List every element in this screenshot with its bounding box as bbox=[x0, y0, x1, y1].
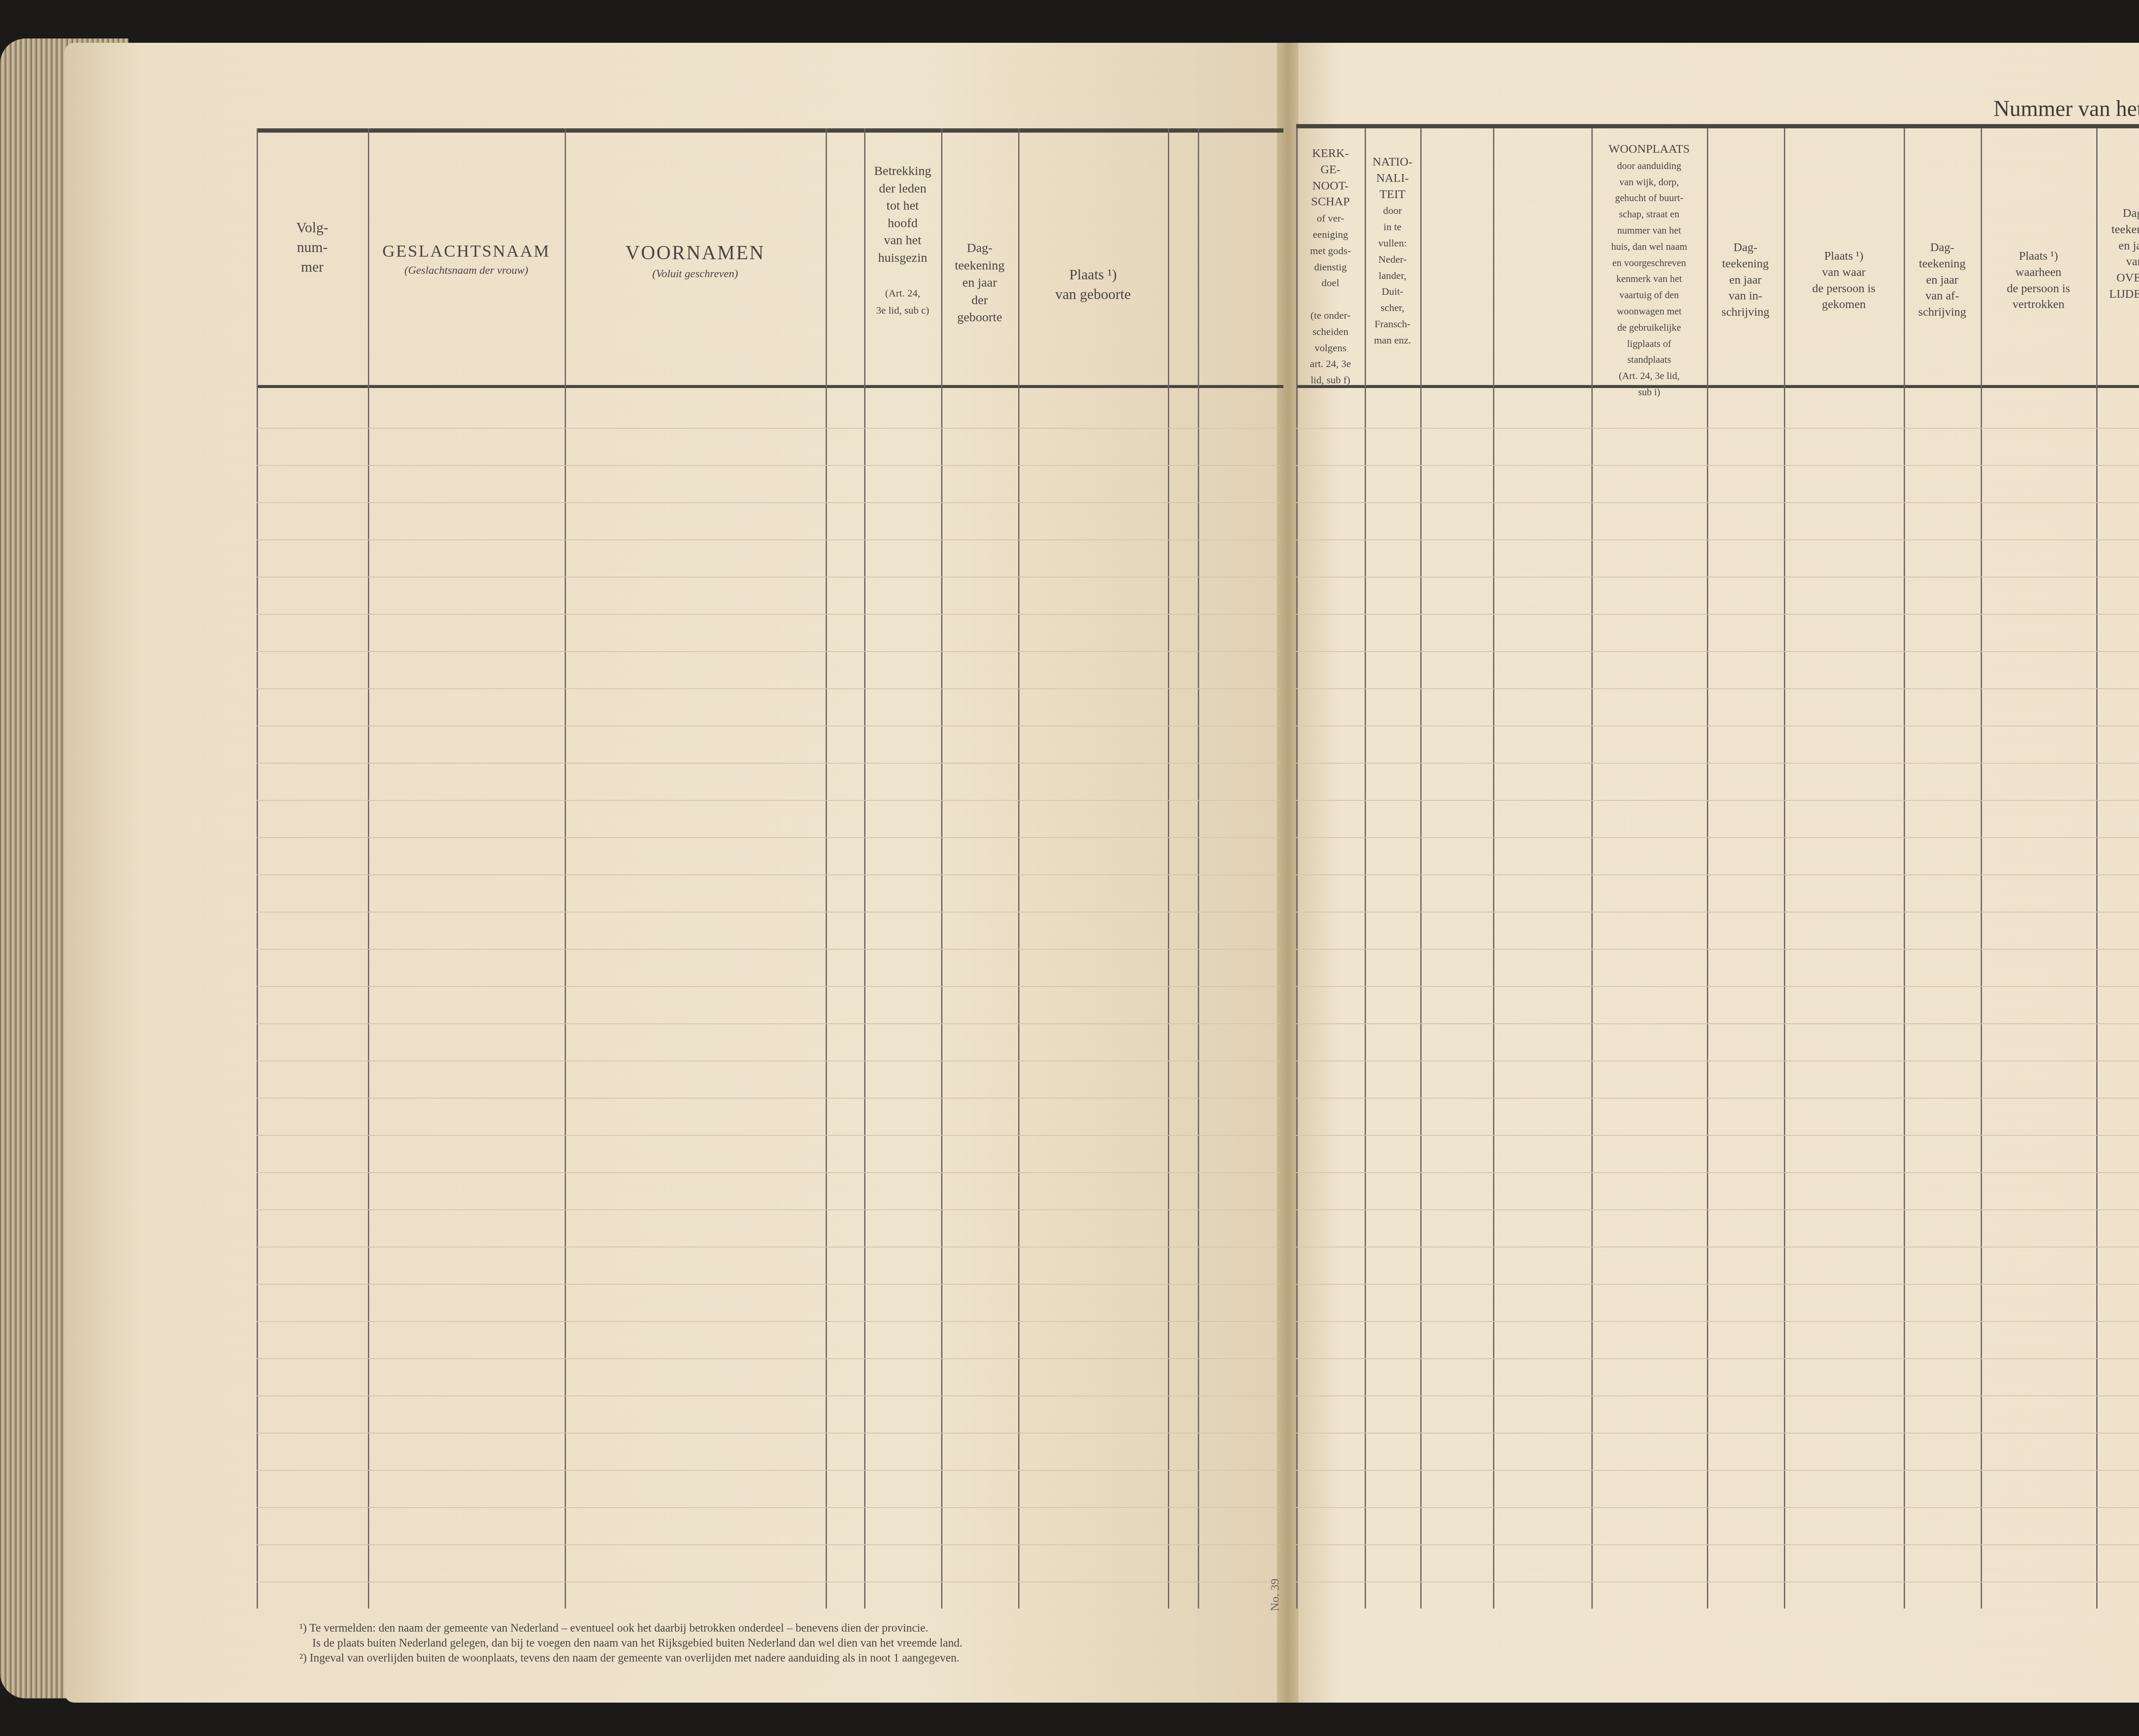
ruled-line bbox=[257, 688, 1279, 689]
ruled-line bbox=[257, 949, 1279, 950]
column-divider bbox=[257, 128, 258, 1609]
header-top-rule-right bbox=[1296, 124, 2139, 128]
ruled-line bbox=[1296, 1358, 2139, 1359]
column-header-1: Volg-num-mer bbox=[257, 218, 368, 277]
ruled-line bbox=[1296, 1544, 2139, 1545]
column-header-16: Dag-teekeningen jaarvan in-schrijving bbox=[1707, 240, 1784, 320]
ruled-line bbox=[1296, 428, 2139, 429]
column-header-11: KERK-GE-NOOT-SCHAPof ver-eenigingmet god… bbox=[1296, 145, 1365, 388]
ruled-line bbox=[1296, 763, 2139, 764]
ruled-line bbox=[257, 539, 1279, 540]
ruled-line bbox=[257, 577, 1279, 578]
ruled-line bbox=[1296, 1507, 2139, 1508]
header-top-rule bbox=[257, 128, 1283, 133]
ruled-line bbox=[257, 1544, 1279, 1545]
ruled-line bbox=[257, 986, 1279, 987]
ruled-line bbox=[257, 1582, 1279, 1582]
ruled-line bbox=[257, 1247, 1279, 1247]
column-divider bbox=[368, 128, 369, 1609]
column-header-18: Dag-teekeningen jaarvan af-schrijving bbox=[1904, 240, 1981, 320]
column-divider bbox=[2096, 128, 2098, 1609]
column-header-7: Plaats ¹)van geboorte bbox=[1018, 265, 1168, 305]
ruled-line bbox=[1296, 502, 2139, 503]
ruled-line bbox=[257, 800, 1279, 801]
ruled-line bbox=[257, 1395, 1279, 1396]
column-divider bbox=[1493, 128, 1494, 1609]
column-divider bbox=[826, 128, 827, 1609]
ruled-line bbox=[257, 465, 1279, 466]
ruled-line bbox=[1296, 874, 2139, 875]
column-divider bbox=[1420, 128, 1422, 1609]
ruled-line bbox=[257, 912, 1279, 912]
column-divider bbox=[1365, 128, 1366, 1609]
column-header-5: Betrekkingder ledentot hethoofdvan hethu… bbox=[864, 163, 941, 319]
ruled-line bbox=[1296, 1209, 2139, 1210]
column-header-19: Plaats ¹)waarheende persoon isvertrokken bbox=[1981, 248, 2096, 313]
ruled-line bbox=[1296, 837, 2139, 838]
ruled-line bbox=[1296, 949, 2139, 950]
form-number: No. 39 bbox=[1268, 1579, 1282, 1611]
ruled-line bbox=[257, 1433, 1279, 1434]
ruled-line bbox=[257, 763, 1279, 764]
ruled-line bbox=[257, 1098, 1279, 1099]
ruled-line bbox=[257, 1284, 1279, 1285]
ruled-line bbox=[257, 1135, 1279, 1136]
ruled-line bbox=[1296, 614, 2139, 615]
ruled-line bbox=[1296, 1061, 2139, 1061]
ruled-line bbox=[1296, 577, 2139, 578]
ruled-line bbox=[1296, 1582, 2139, 1582]
footnote-1b: Is de plaats buiten Nederland gelegen, d… bbox=[312, 1636, 963, 1650]
ruled-line bbox=[1296, 1247, 2139, 1247]
ruled-line bbox=[257, 1172, 1279, 1173]
column-divider bbox=[1198, 128, 1199, 1609]
column-header-6: Dag-teekeningen jaardergeboorte bbox=[941, 240, 1018, 326]
ruled-line bbox=[1296, 1395, 2139, 1396]
ruled-line bbox=[257, 1358, 1279, 1359]
ruled-line bbox=[1296, 1098, 2139, 1099]
ruled-line bbox=[1296, 1135, 2139, 1136]
ruled-line bbox=[257, 1209, 1279, 1210]
ruled-line bbox=[1296, 465, 2139, 466]
column-divider bbox=[1981, 128, 1982, 1609]
ruled-line bbox=[257, 1023, 1279, 1024]
ruled-line bbox=[257, 1321, 1279, 1322]
footnote-1: ¹) Te vermelden: den naam der gemeente v… bbox=[299, 1621, 928, 1635]
ruled-line bbox=[257, 837, 1279, 838]
column-divider bbox=[1018, 128, 1019, 1609]
column-divider bbox=[1168, 128, 1169, 1609]
ruled-line bbox=[1296, 539, 2139, 540]
ruled-line bbox=[257, 726, 1279, 726]
column-header-2: GESLACHTSNAAM(Geslachtsnaam der vrouw) bbox=[368, 240, 565, 278]
ruled-line bbox=[1296, 1433, 2139, 1434]
ruled-line bbox=[1296, 1023, 2139, 1024]
column-divider bbox=[1904, 128, 1905, 1609]
ruled-line bbox=[257, 614, 1279, 615]
ruled-line bbox=[1296, 1284, 2139, 1285]
column-header-17: Plaats ¹)van waarde persoon isgekomen bbox=[1784, 248, 1904, 313]
column-divider bbox=[1784, 128, 1785, 1609]
header-bottom-rule bbox=[257, 385, 1283, 388]
column-header-3: VOORNAMEN(Voluit geschreven) bbox=[565, 240, 826, 281]
ruled-line bbox=[1296, 800, 2139, 801]
ruled-line bbox=[1296, 726, 2139, 726]
ruled-line bbox=[257, 428, 1279, 429]
book-gutter bbox=[1277, 43, 1298, 1703]
column-divider bbox=[941, 128, 942, 1609]
header-bottom-rule-right bbox=[1296, 385, 2139, 388]
column-header-20: Dag-teekeningen jaarvanOVER-LIJDEN ²) bbox=[2096, 205, 2139, 302]
ruled-line bbox=[1296, 688, 2139, 689]
column-header-12: NATIO-NALI-TEITdoorin tevullen:Neder-lan… bbox=[1365, 154, 1420, 348]
column-divider bbox=[1707, 128, 1708, 1609]
ruled-line bbox=[257, 874, 1279, 875]
ruled-line bbox=[1296, 1321, 2139, 1322]
ruled-line bbox=[257, 651, 1279, 652]
column-divider bbox=[864, 128, 865, 1609]
column-header-15: WOONPLAATSdoor aanduidingvan wijk, dorp,… bbox=[1591, 141, 1707, 400]
ruled-line bbox=[257, 1470, 1279, 1471]
ruled-line bbox=[257, 502, 1279, 503]
ruled-line bbox=[257, 1507, 1279, 1508]
footnote-2: ²) Ingeval van overlijden buiten de woon… bbox=[299, 1651, 960, 1665]
ruled-line bbox=[1296, 1470, 2139, 1471]
ruled-line bbox=[1296, 912, 2139, 912]
ruled-line bbox=[257, 1061, 1279, 1061]
ruled-line bbox=[1296, 1172, 2139, 1173]
ruled-line bbox=[1296, 651, 2139, 652]
column-divider bbox=[565, 128, 566, 1609]
ruled-line bbox=[1296, 986, 2139, 987]
page-label: Nummer van het blad bbox=[1994, 96, 2139, 121]
